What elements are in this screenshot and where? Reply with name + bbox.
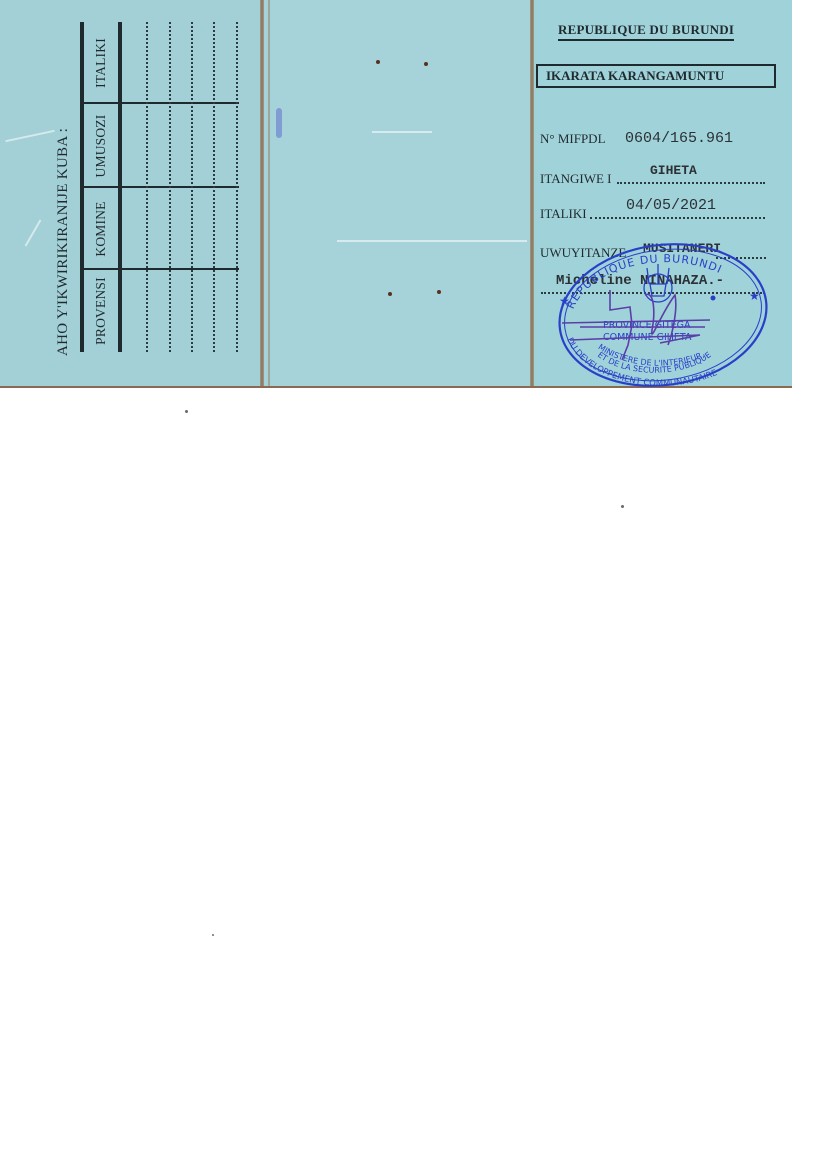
signature [560,285,720,365]
field-value-italiki: 04/05/2021 [626,197,716,214]
table-row [236,22,238,352]
staple-hole [376,60,380,64]
table-row [191,22,193,352]
fill-line [590,217,765,219]
fold-line [260,0,264,386]
column-divider [84,102,239,104]
field-value-mifpdl: 0604/165.961 [625,130,733,147]
field-label-itangiwe: ITANGIWE I [540,171,612,187]
column-header-umusozi: UMUSOZI [86,104,116,188]
staple-hole [388,292,392,296]
scan-speck [212,934,214,936]
ink-smudge [276,108,282,138]
column-header-provensi: PROVENSI [86,270,116,352]
scan-speck [185,410,188,413]
staple-hole [437,290,441,294]
field-value-itangiwe: GIHETA [650,163,697,178]
column-header-komine: KOMINE [86,188,116,270]
table-row [169,22,171,352]
column-divider [84,268,239,270]
paper-crease [337,240,527,242]
paper-crease [372,131,432,133]
fold-line [530,0,534,386]
residence-table-title: AHO Y'IKWIRIKIRANIJE KUBA : [55,128,72,356]
table-row [213,22,215,352]
country-heading: REPUBLIQUE DU BURUNDI [558,22,734,41]
staple-hole [424,62,428,66]
fill-line [617,182,765,184]
middle-panel [262,0,534,386]
identity-card: AHO Y'IKWIRIKIRANIJE KUBA : PROVENSI KOM… [0,0,792,386]
fold-line [268,0,270,386]
column-divider [84,186,239,188]
field-label-italiki: ITALIKI [540,206,587,222]
column-header-italiki: ITALIKI [86,22,116,104]
scan-speck [621,505,624,508]
table-row [146,22,148,352]
field-label-mifpdl: N° MIFPDL [540,131,606,147]
left-panel: AHO Y'IKWIRIKIRANIJE KUBA : PROVENSI KOM… [0,0,262,386]
residence-history-table: AHO Y'IKWIRIKIRANIJE KUBA : PROVENSI KOM… [0,0,262,386]
star-icon: ★ [749,289,760,303]
card-title: IKARATA KARANGAMUNTU [536,64,776,88]
